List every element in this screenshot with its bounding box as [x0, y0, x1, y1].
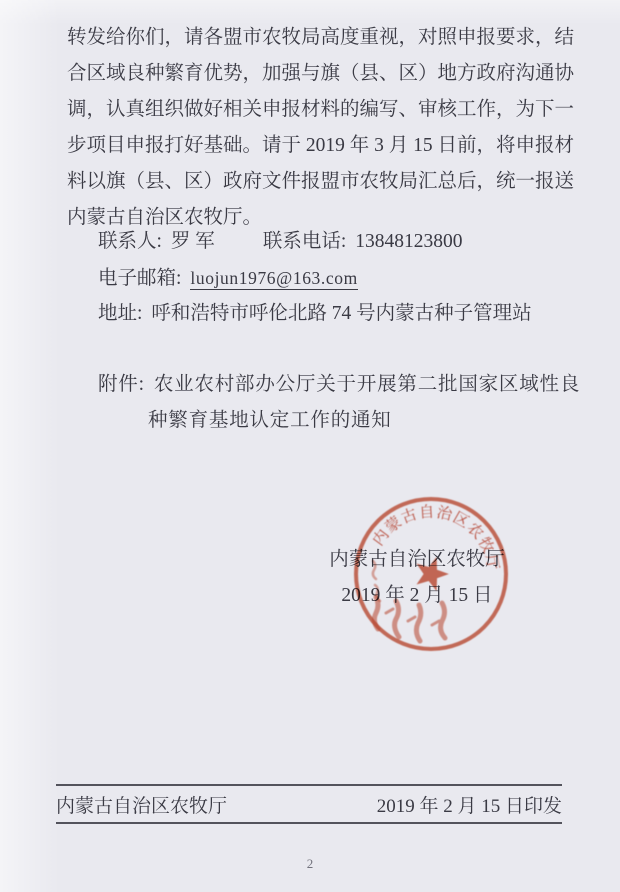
contact-phone: 联系电话:13848123800 — [263, 231, 463, 252]
attachment-line1: 附件:农业农村部办公厅关于开展第二批国家区域性良 — [98, 367, 580, 403]
contact-phone-label: 联系电话: — [263, 231, 355, 252]
contact-address-label: 地址: — [98, 303, 151, 324]
attachment-reference: 附件:农业农村部办公厅关于开展第二批国家区域性良 种繁育基地认定工作的通知 — [98, 367, 580, 439]
body-line: 料以旗（县、区）政府文件报盟市农牧局汇总后，统一报送 — [67, 164, 587, 200]
document-page: 转发给你们，请各盟市农牧局高度重视，对照申报要求，结 合区域良种繁育优势，加强与… — [0, 0, 620, 892]
contact-email-address: luojun1976@163.com — [190, 268, 357, 290]
contact-phone-number: 13848123800 — [355, 231, 462, 252]
contact-address-row: 地址:呼和浩特市呼伦北路 74 号内蒙古种子管理站 — [98, 296, 532, 332]
contact-info: 联系人:罗 军 联系电话:13848123800 电子邮箱:luojun1976… — [98, 224, 532, 332]
attachment-title-line2: 种繁育基地认定工作的通知 — [148, 403, 580, 439]
body-line: 调，认真组织做好相关申报材料的编写、审核工作，为下一 — [67, 92, 587, 128]
attachment-label: 附件: — [98, 374, 154, 395]
footer-issuer: 内蒙古自治区农牧厅 — [56, 791, 227, 818]
contact-person-name: 罗 军 — [171, 231, 215, 252]
body-paragraph: 转发给你们，请各盟市农牧局高度重视，对照申报要求，结 合区域良种繁育优势，加强与… — [67, 20, 587, 236]
body-line: 转发给你们，请各盟市农牧局高度重视，对照申报要求，结 — [67, 20, 587, 56]
body-line: 合区域良种繁育优势，加强与旗（县、区）地方政府沟通协 — [67, 56, 587, 92]
contact-email-label: 电子邮箱: — [98, 268, 190, 289]
contact-address-value: 呼和浩特市呼伦北路 74 号内蒙古种子管理站 — [151, 303, 531, 324]
contact-person: 联系人:罗 军 — [98, 224, 258, 260]
signature-organization: 内蒙古自治区农牧厅 — [307, 542, 527, 578]
footer-print-date: 2019 年 2 月 15 日印发 — [377, 791, 562, 818]
attachment-title-line1: 农业农村部办公厅关于开展第二批国家区域性良 — [154, 374, 580, 395]
contact-person-label: 联系人: — [98, 231, 171, 252]
contact-person-row: 联系人:罗 军 联系电话:13848123800 — [98, 224, 532, 260]
body-line: 步项目申报打好基础。请于 2019 年 3 月 15 日前，将申报材 — [67, 128, 587, 164]
contact-email-row: 电子邮箱:luojun1976@163.com — [98, 260, 532, 296]
page-number: 2 — [0, 856, 620, 872]
signature-date: 2019 年 2 月 15 日 — [307, 578, 527, 614]
footer-bar: 内蒙古自治区农牧厅 2019 年 2 月 15 日印发 — [56, 784, 562, 824]
signature-block: 内蒙古自治区农牧厅 2019 年 2 月 15 日 — [307, 542, 527, 614]
